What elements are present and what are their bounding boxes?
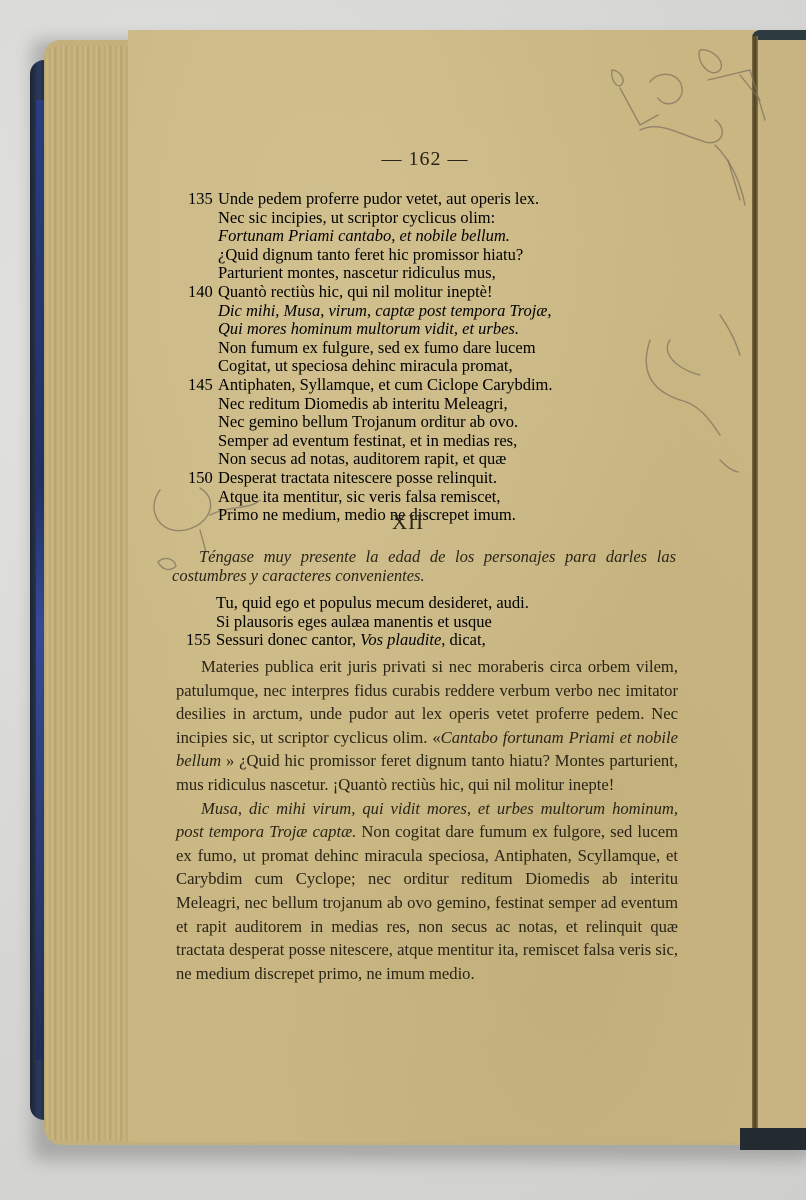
verse-text: ¿Quid dignum tanto feret hic promissor h… — [218, 246, 523, 265]
verse-text: Nec sic incipies, ut scriptor cyclicus o… — [218, 209, 495, 228]
verse-text: Parturient montes, nascetur ridiculus mu… — [218, 264, 496, 283]
verse-text: Fortunam Priami cantabo, et nobile bellu… — [218, 227, 510, 246]
verse-text: Quantò rectiùs hic, qui nil molitur inep… — [218, 283, 492, 302]
verse-text: Nec gemino bellum Trojanum orditur ab ov… — [218, 413, 518, 432]
book-cover-right-bottom — [740, 1128, 806, 1150]
line-number: 155 — [186, 631, 216, 650]
cover-cloth — [36, 100, 44, 1060]
verse-text: Primo ne medium, medio ne discrepet imum… — [218, 506, 516, 525]
verse-text: Atque ita mentitur, sic veris falsa remi… — [218, 488, 501, 507]
page-edges — [44, 46, 134, 1141]
facing-page-edge — [758, 40, 806, 1140]
verse-text: Desperat tractata nitescere posse relinq… — [218, 469, 497, 488]
page-number: — 162 — — [370, 148, 480, 171]
line-number: 150 — [188, 469, 218, 488]
prose-text: » ¿Quid hic promissor feret dignum tanto… — [176, 751, 678, 794]
verse-text: Non secus ad notas, auditorem rapit, et … — [218, 450, 506, 469]
section-argument: Téngase muy presente la edad de los pers… — [172, 548, 676, 585]
line-number: 140 — [188, 283, 218, 302]
verse-text-end: , dicat, — [441, 630, 485, 649]
verse-text: Nec reditum Diomedis ab interitu Meleagr… — [218, 395, 508, 414]
verse-text: Sessuri donec cantor, Vos plaudite, dica… — [216, 631, 486, 650]
verse-text: Qui mores hominum multorum vidit, et urb… — [218, 320, 519, 339]
prose-paragraph-2: Musa, dic mihi virum, qui vidit mores, e… — [176, 797, 678, 986]
verse-text-italic: Vos plaudite — [360, 630, 441, 649]
verse-text: Tu, quid ego et populus mecum desideret,… — [216, 594, 529, 613]
prose-paragraph-1: Materies publica erit juris privati si n… — [176, 655, 678, 797]
verse-text: Cogitat, ut speciosa dehinc miracula pro… — [218, 357, 513, 376]
verse-text: Unde pedem proferre pudor vetet, aut ope… — [218, 190, 539, 209]
verse-text: Si plausoris eges aulæa manentis et usqu… — [216, 613, 492, 632]
verse-text-start: Sessuri donec cantor, — [216, 630, 360, 649]
prose-translation: Materies publica erit juris privati si n… — [176, 655, 678, 985]
verse-text: Dic mihi, Musa, virum, captæ post tempor… — [218, 302, 552, 321]
verse-text: Antiphaten, Syllamque, et cum Ciclope Ca… — [218, 376, 553, 395]
section-title: XII — [392, 510, 424, 535]
line-number: 135 — [188, 190, 218, 209]
prose-text: Non cogitat dare fumum ex fulgore, sed l… — [176, 822, 678, 983]
verse-text: Non fumum ex fulgure, sed ex fumo dare l… — [218, 339, 536, 358]
line-number: 145 — [188, 376, 218, 395]
verse-text: Semper ad eventum festinat, et in medias… — [218, 432, 517, 451]
